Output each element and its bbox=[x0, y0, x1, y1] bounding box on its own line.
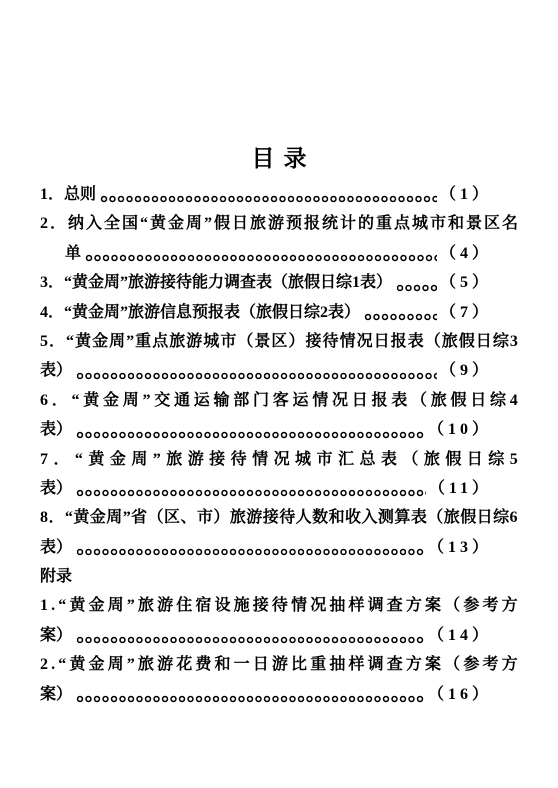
appendix-heading: 附录 bbox=[40, 562, 518, 591]
toc-entry-8-page: （13） bbox=[428, 533, 492, 562]
toc-entry-1-text: 1．总则 bbox=[40, 180, 96, 209]
toc-entry-3-text: 3．“黄金周”旅游接待能力调查表（旅假日综1表） bbox=[40, 268, 392, 297]
toc-entry-4-page: （7） bbox=[440, 298, 492, 327]
dot-leader bbox=[76, 695, 425, 703]
dot-leader bbox=[76, 548, 425, 556]
toc-entry-5-text: 5．“黄金周”重点旅游城市（景区）接待情况日报表（旅假日综3 bbox=[40, 327, 518, 356]
toc-entry-2-continuation: 单 bbox=[65, 239, 81, 268]
toc-entry-3-page: （5） bbox=[440, 268, 492, 297]
toc-entry-2-text: 2．纳入全国“黄金周”假日旅游预报统计的重点城市和景区名 bbox=[40, 209, 518, 238]
toc-entry-8-line-1: 8．“黄金周”省（区、市）旅游接待人数和收入测算表（旅假日综6 bbox=[40, 503, 518, 532]
dot-leader bbox=[76, 489, 426, 497]
appendix-entry-2-line-1: 2.“黄金周”旅游花费和一日游比重抽样调查方案（参考方 bbox=[40, 650, 518, 679]
toc-entry-5-line-1: 5．“黄金周”重点旅游城市（景区）接待情况日报表（旅假日综3 bbox=[40, 327, 518, 356]
toc-entry-5-continuation: 表） bbox=[40, 356, 72, 385]
dot-leader bbox=[85, 254, 437, 262]
appendix-entry-1-page: （14） bbox=[428, 621, 492, 650]
toc-entry-7-continuation: 表） bbox=[40, 474, 72, 503]
toc-entry-6-continuation: 表） bbox=[40, 415, 72, 444]
dot-leader bbox=[76, 636, 425, 644]
toc-entry-6-page: （10） bbox=[428, 415, 492, 444]
appendix-heading-text: 附录 bbox=[40, 562, 72, 591]
toc-entry-1: 1．总则 （1） bbox=[40, 180, 518, 209]
toc-entry-3: 3．“黄金周”旅游接待能力调查表（旅假日综1表） （5） bbox=[40, 268, 518, 297]
document-page: 目录 1．总则 （1） 2．纳入全国“黄金周”假日旅游预报统计的重点城市和景区名… bbox=[0, 0, 558, 788]
toc-entry-6-line-1: 6．“黄金周”交通运输部门客运情况日报表（旅假日综4 bbox=[40, 386, 518, 415]
toc-entry-6-text: 6．“黄金周”交通运输部门客运情况日报表（旅假日综4 bbox=[40, 386, 518, 415]
toc-entry-7-page: （11） bbox=[429, 474, 492, 503]
toc-entry-7-line-1: 7．“黄金周”旅游接待情况城市汇总表（旅假日综5 bbox=[40, 445, 518, 474]
toc-entry-5-line-2: 表） （9） bbox=[40, 356, 518, 385]
toc-entry-2-page: （4） bbox=[440, 239, 492, 268]
toc-entry-6-line-2: 表） （10） bbox=[40, 415, 518, 444]
toc-entry-4: 4．“黄金周”旅游信息预报表（旅假日综2表） （7） bbox=[40, 298, 518, 327]
toc-entry-8-text: 8．“黄金周”省（区、市）旅游接待人数和收入测算表（旅假日综6 bbox=[40, 503, 518, 532]
dot-leader bbox=[76, 431, 425, 439]
appendix-entry-2-line-2: 案） （16） bbox=[40, 680, 518, 709]
toc-entry-2-line-2: 单 （4） bbox=[40, 239, 518, 268]
toc-entry-5-page: （9） bbox=[440, 356, 492, 385]
appendix-entry-2-continuation: 案） bbox=[40, 680, 72, 709]
dot-leader bbox=[396, 284, 437, 292]
appendix-entry-1-line-1: 1.“黄金周”旅游住宿设施接待情况抽样调查方案（参考方 bbox=[40, 591, 518, 620]
appendix-entry-1-continuation: 案） bbox=[40, 621, 72, 650]
doc-title: 目录 bbox=[40, 146, 518, 172]
toc-entry-8-line-2: 表） （13） bbox=[40, 533, 518, 562]
appendix-entry-2-page: （16） bbox=[428, 680, 492, 709]
toc-entry-1-page: （1） bbox=[440, 180, 492, 209]
dot-leader bbox=[100, 195, 437, 203]
toc-entry-7-text: 7．“黄金周”旅游接待情况城市汇总表（旅假日综5 bbox=[40, 445, 518, 474]
toc-entry-2-line-1: 2．纳入全国“黄金周”假日旅游预报统计的重点城市和景区名 bbox=[40, 209, 518, 238]
dot-leader bbox=[364, 313, 437, 321]
toc-entry-7-line-2: 表） （11） bbox=[40, 474, 518, 503]
appendix-entry-2-text: 2.“黄金周”旅游花费和一日游比重抽样调查方案（参考方 bbox=[40, 650, 518, 679]
appendix-entry-1-line-2: 案） （14） bbox=[40, 621, 518, 650]
dot-leader bbox=[76, 372, 437, 380]
toc-list: 1．总则 （1） 2．纳入全国“黄金周”假日旅游预报统计的重点城市和景区名 单 … bbox=[40, 180, 518, 709]
toc-entry-8-continuation: 表） bbox=[40, 533, 72, 562]
toc-entry-4-text: 4．“黄金周”旅游信息预报表（旅假日综2表） bbox=[40, 298, 360, 327]
appendix-entry-1-text: 1.“黄金周”旅游住宿设施接待情况抽样调查方案（参考方 bbox=[40, 591, 518, 620]
